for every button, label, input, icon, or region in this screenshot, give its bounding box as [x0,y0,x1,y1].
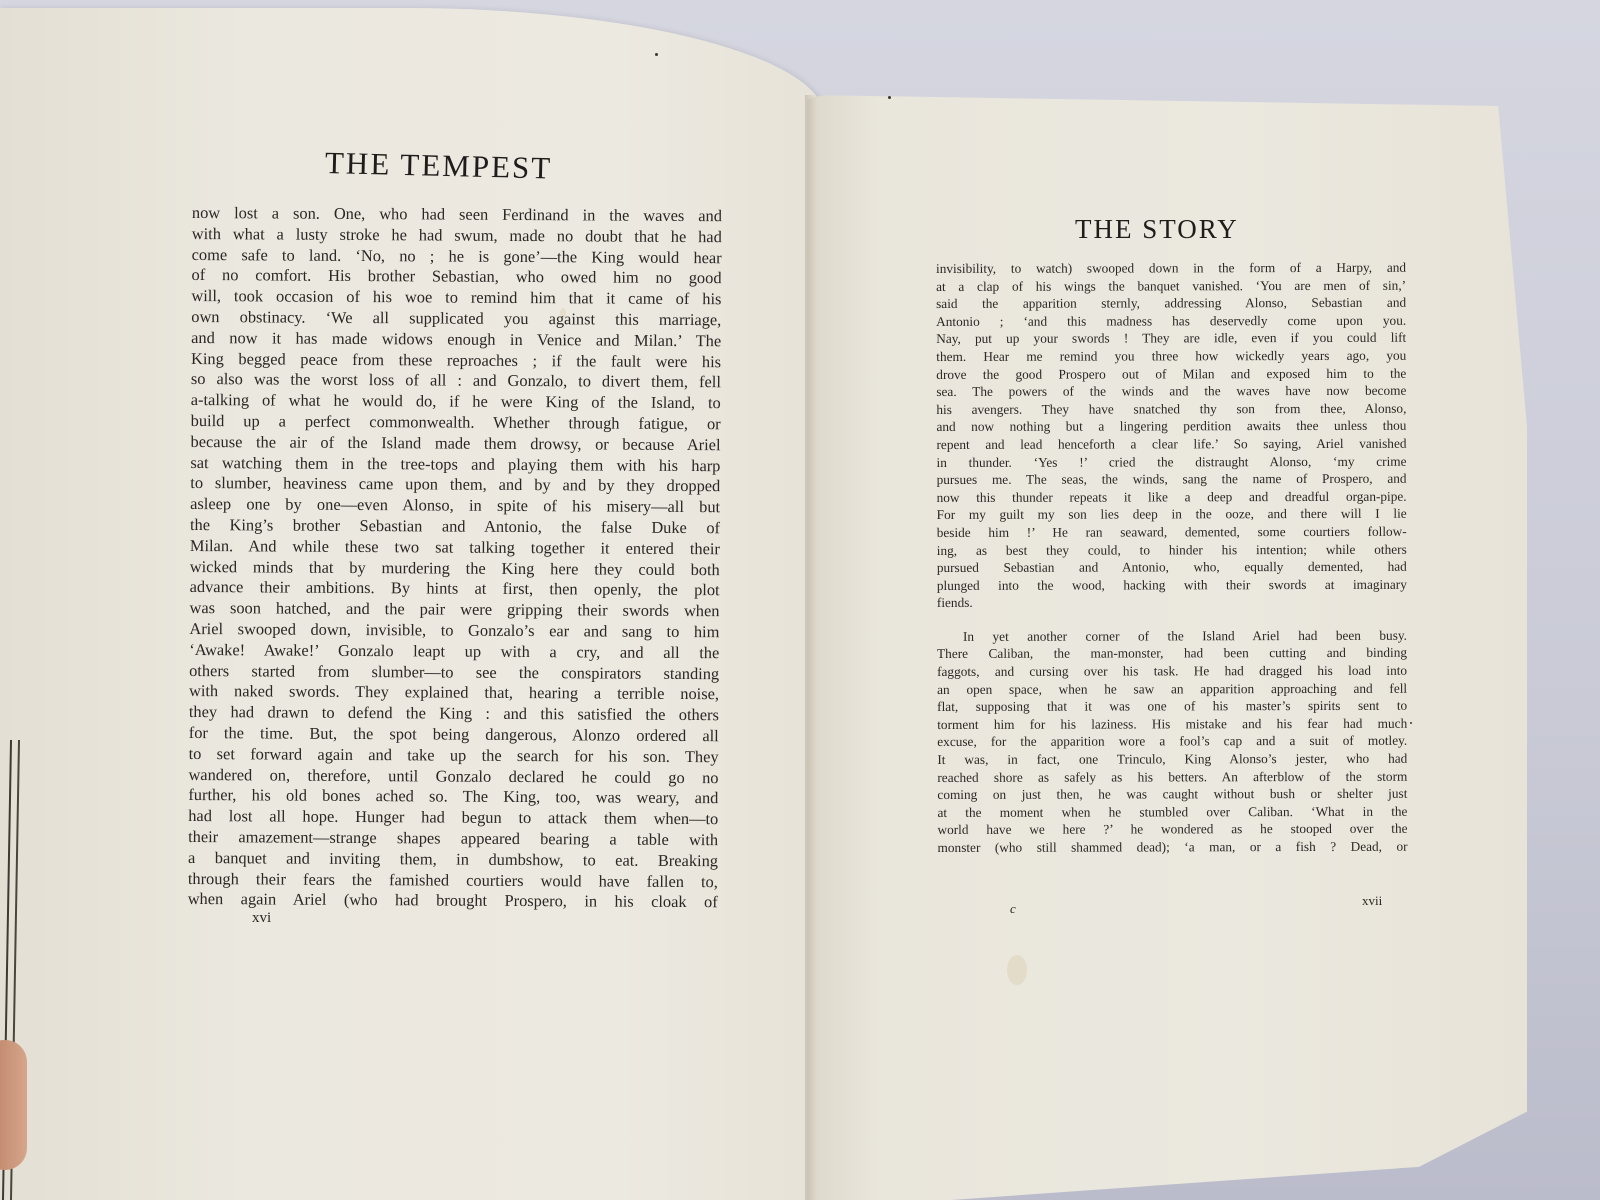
text-line: torment him for his laziness. His mistak… [937,715,1407,734]
text-line: reached shore as safely as his betters. … [937,767,1407,786]
text-line: excuse, for the apparition wore a fool’s… [937,732,1407,751]
text-line: Antonio ; ‘and this madness has deserved… [936,312,1406,331]
signature-mark: c [1010,901,1016,917]
text-line: and now it has made widows enough in Ven… [191,328,721,352]
text-line: beside him !’ He ran seaward, demented, … [937,523,1407,542]
text-line: Ariel swooped down, invisible, to Gonzal… [189,619,719,643]
right-page-body: invisibility, to watch) swooped down in … [936,259,1408,857]
text-line: build up a perfect commonwealth. Whether… [191,411,721,435]
text-line: repent and lead henceforth a clear life.… [936,435,1406,454]
text-line: in thunder. ‘Yes !’ cried the distraught… [937,452,1407,471]
text-line: ‘Awake! Awake!’ Gonzalo leapt up with a … [189,640,719,664]
text-line: his avengers. They have snatched thy son… [936,400,1406,419]
thumb [0,1040,27,1170]
text-line: because the air of the Island made them … [190,432,720,456]
text-line: fiends. [937,593,1407,612]
book-gutter [805,95,817,1200]
text-line: drove the good Prospero out of Milan and… [936,364,1406,383]
paper-stain [1007,955,1027,985]
text-line: their amazement—strange shapes appeared … [188,827,718,851]
paper-speck [888,96,891,99]
text-line: ing, as best they could, to hinder his i… [937,540,1407,559]
text-line: at a clap of his wings the banquet vanis… [936,276,1406,295]
text-line: For my guilt my son lies deep in the ooz… [937,505,1407,524]
text-line: own obstinacy. ‘We all supplicated you a… [191,307,721,331]
text-line: now this thunder repeats it like a deep … [937,487,1407,506]
text-line: pursues me. The seas, the winds, sang th… [937,470,1407,489]
text-line: for the time. But, the spot being danger… [189,723,719,747]
running-head-left: THE TEMPEST [325,145,553,187]
text-line: to set forward again and take up the sea… [189,744,719,768]
paragraph-gap [937,611,1407,628]
text-line: at the moment when he stumbled over Cali… [937,803,1407,822]
running-head-right: THE STORY [1075,214,1239,245]
paper-speck [1410,722,1412,724]
page-number-right: xvii [1362,893,1382,909]
text-line: In yet another corner of the Island Arie… [937,627,1407,646]
text-line: There Caliban, the man-monster, had been… [937,644,1407,663]
text-line: pursued Sebastian and Antonio, who, equa… [937,558,1407,577]
text-line: monster (who still shammed dead); ‘a man… [938,838,1408,857]
text-line: the King’s brother Sebastian and Antonio… [190,515,720,539]
text-line: invisibility, to watch) swooped down in … [936,259,1406,278]
text-line: said the apparition sternly, addressing … [936,294,1406,313]
text-line: now lost a son. One, who had seen Ferdin… [192,203,722,227]
text-line: Milan. And while these two sat talking t… [190,536,720,560]
text-line: plunged into the wood, hacking with thei… [937,575,1407,594]
page-number-left: xvi [252,910,271,927]
paper-speck [655,53,658,56]
text-line: and now nothing but a lingering perditio… [936,417,1406,436]
text-line: world have we here ?’ he wondered as he … [937,820,1407,839]
text-line: Nay, put up your swords ! They are idle,… [936,329,1406,348]
text-line: faggots, and cursing over his task. He h… [937,662,1407,681]
text-line: It was, in fact, one Trinculo, King Alon… [937,750,1407,769]
text-line: flat, supposing that it was one of his m… [937,697,1407,716]
text-line: with what a lusty stroke he had swum, ma… [192,224,722,248]
left-page-body: now lost a son. One, who had seen Ferdin… [188,203,722,913]
text-line: sea. The powers of the winds and the wav… [936,382,1406,401]
text-line: an open space, when he saw an apparition… [937,679,1407,698]
text-line: them. Hear me remind you three how wicke… [936,347,1406,366]
text-line: coming on just then, he was caught witho… [937,785,1407,804]
text-line: a banquet and inviting them, in dumbshow… [188,848,718,872]
